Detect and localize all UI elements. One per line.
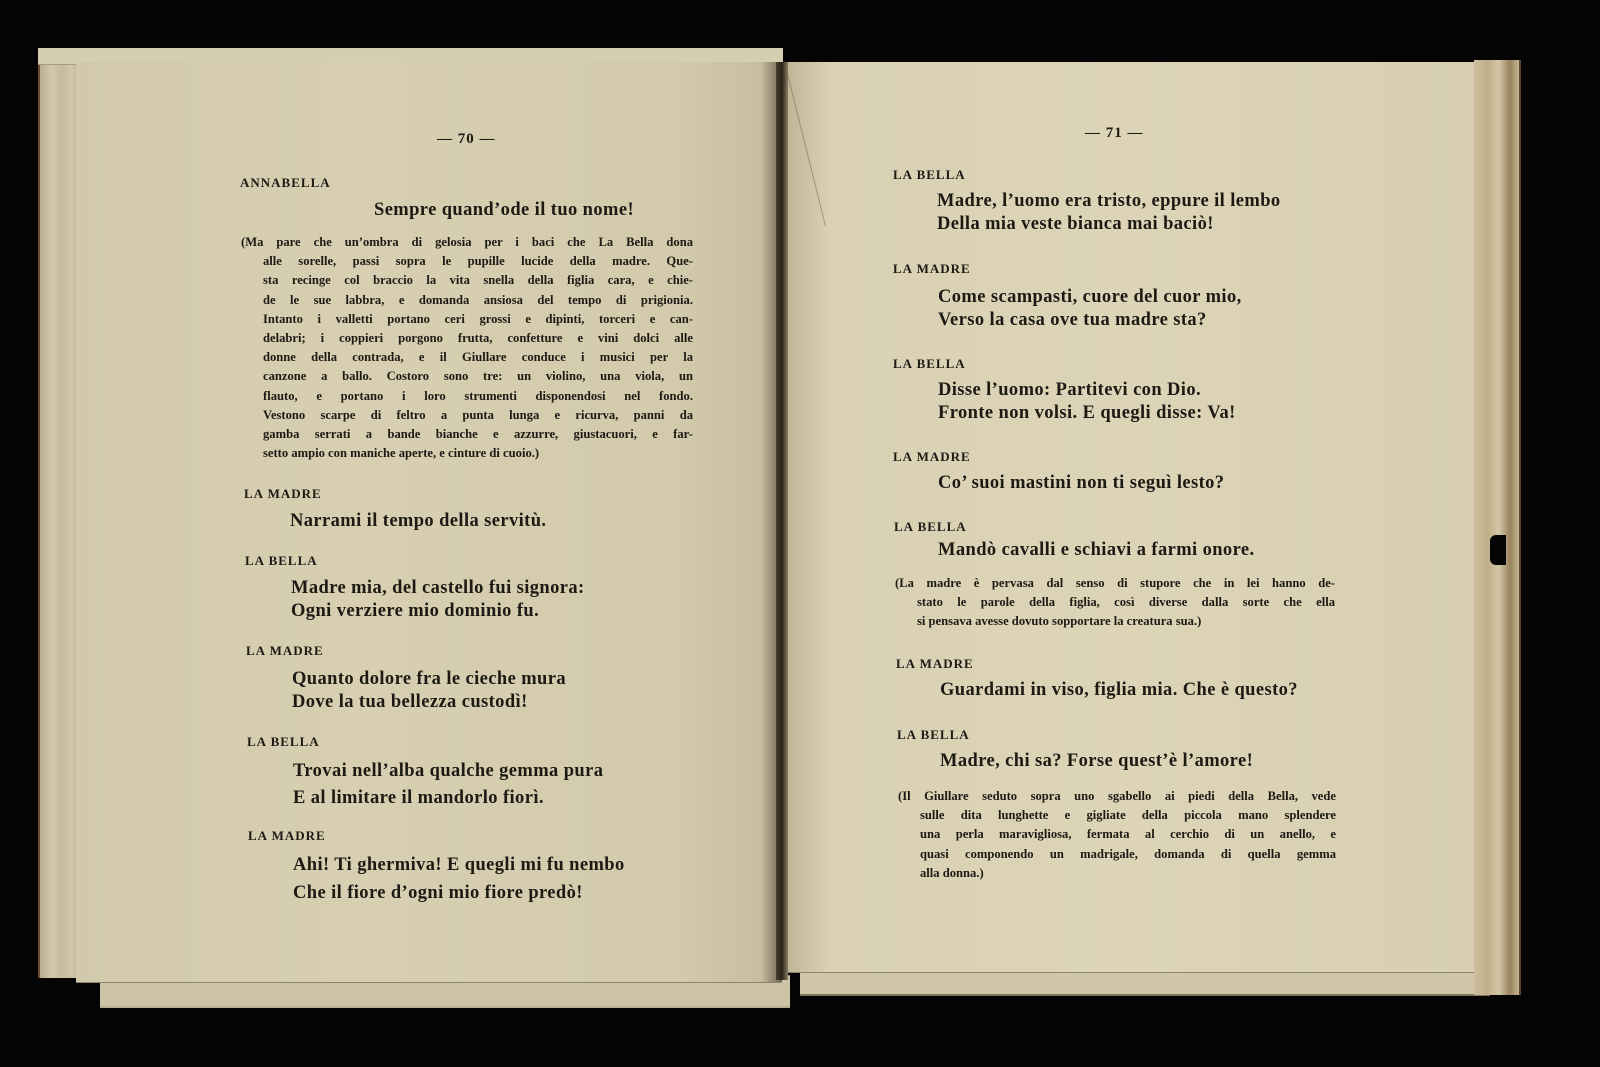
verse-line: Ogni verziere mio dominio fu. <box>291 600 585 623</box>
stage-direction: (La madre è pervasa dal senso di stupore… <box>895 574 1335 632</box>
stage-line: flauto, e portano i loro strumenti dispo… <box>241 387 693 406</box>
verse-line: Co’ suoi mastini non ti seguì lesto? <box>938 472 1224 495</box>
stage-line: (Ma pare che un’ombra di gelosia per i b… <box>241 233 693 252</box>
verse-lines: Mandò cavalli e schiavi a farmi onore. <box>938 539 1254 562</box>
verse-line: E al limitare il mandorlo fiorì. <box>293 785 603 812</box>
page-number-right: — 71 — <box>1085 125 1144 142</box>
verse-lines: Co’ suoi mastini non ti seguì lesto? <box>938 472 1224 495</box>
book-gutter <box>776 62 788 980</box>
speaker-label: LA MADRE <box>246 643 324 659</box>
stage-line: alla donna.) <box>898 864 1336 883</box>
verse-line: Quanto dolore fra le cieche mura <box>292 668 566 691</box>
right-page-stack-bottom <box>800 972 1490 996</box>
verse-lines: Narrami il tempo della servitù. <box>290 510 546 533</box>
speaker-label: LA MADRE <box>893 449 971 465</box>
stage-line: si pensava avesse dovuto sopportare la c… <box>895 612 1335 631</box>
stage-line: gamba serrati a bande bianche e azzurre,… <box>241 425 693 444</box>
speaker-label: ANNABELLA <box>240 175 331 191</box>
verse-line: Come scampasti, cuore del cuor mio, <box>938 286 1242 309</box>
verse-lines: Madre, l’uomo era tristo, eppure il lemb… <box>937 190 1281 236</box>
verse-line: Dove la tua bellezza custodì! <box>292 691 566 714</box>
verse-line: Guardami in viso, figlia mia. Che è ques… <box>940 679 1298 702</box>
speaker-label: LA BELLA <box>247 734 320 750</box>
verse-line: Disse l’uomo: Partitevi con Dio. <box>938 379 1236 402</box>
verse-line: Narrami il tempo della servitù. <box>290 510 546 533</box>
verse-line: Madre, chi sa? Forse quest’è l’amore! <box>940 750 1253 773</box>
stage-line: de le sue labbra, e domanda ansiosa del … <box>241 291 693 310</box>
verse-line: Mandò cavalli e schiavi a farmi onore. <box>938 539 1254 562</box>
verse-line: Fronte non volsi. E quegli disse: Va! <box>938 402 1236 425</box>
stage-line: Intanto i valletti portano ceri grossi e… <box>241 310 693 329</box>
stage-direction: (Il Giullare seduto sopra uno sgabello a… <box>898 787 1336 883</box>
verse-line: Sempre quand’ode il tuo nome! <box>374 199 634 222</box>
stage-line: canzone a ballo. Costoro sono tre: un vi… <box>241 367 693 386</box>
page-number-left: — 70 — <box>437 131 496 148</box>
speaker-label: LA BELLA <box>893 356 966 372</box>
speaker-label: LA MADRE <box>896 656 974 672</box>
stage-line: sta recinge col braccio la vita snella d… <box>241 271 693 290</box>
stage-direction: (Ma pare che un’ombra di gelosia per i b… <box>241 233 693 463</box>
left-page-stack-edge <box>38 48 80 978</box>
stage-line: alle sorelle, passi sopra le pupille luc… <box>241 252 693 271</box>
stage-line: stato le parole della figlia, così diver… <box>895 593 1335 612</box>
verse-lines: Disse l’uomo: Partitevi con Dio. Fronte … <box>938 379 1236 425</box>
speaker-label: LA BELLA <box>897 727 970 743</box>
verse-line: Madre mia, del castello fui signora: <box>291 577 585 600</box>
verse-lines: Quanto dolore fra le cieche mura Dove la… <box>292 668 566 714</box>
verse-lines: Come scampasti, cuore del cuor mio, Vers… <box>938 286 1242 332</box>
verse-line: Madre, l’uomo era tristo, eppure il lemb… <box>937 190 1281 213</box>
verse-lines: Madre mia, del castello fui signora: Ogn… <box>291 577 585 623</box>
verse-lines: Ahi! Ti ghermiva! E quegli mi fu nembo C… <box>293 851 625 907</box>
stage-line: quasi componendo un madrigale, domanda d… <box>898 845 1336 864</box>
stage-line: una perla maravigliosa, fermata al cerch… <box>898 825 1336 844</box>
stage-line: (La madre è pervasa dal senso di stupore… <box>895 574 1335 593</box>
verse-lines: Trovai nell’alba qualche gemma pura E al… <box>293 758 603 812</box>
verse-line: Verso la casa ove tua madre sta? <box>938 309 1242 332</box>
stage-line: sulle dita lunghette e gigliate della pi… <box>898 806 1336 825</box>
right-page-stack-edge <box>1474 60 1521 995</box>
speaker-label: LA BELLA <box>893 167 966 183</box>
verse-line: Che il fiore d’ogni mio fiore predò! <box>293 879 625 907</box>
torn-edge-notch <box>1490 535 1506 565</box>
verse-line: Trovai nell’alba qualche gemma pura <box>293 758 603 785</box>
stage-line: (Il Giullare seduto sopra uno sgabello a… <box>898 787 1336 806</box>
speaker-label: LA MADRE <box>244 486 322 502</box>
verse-lines: Guardami in viso, figlia mia. Che è ques… <box>940 679 1298 702</box>
speaker-label: LA BELLA <box>245 553 318 569</box>
stage-line: delabri; i coppieri porgono frutta, conf… <box>241 329 693 348</box>
verse-line: Ahi! Ti ghermiva! E quegli mi fu nembo <box>293 851 625 879</box>
verse-lines: Sempre quand’ode il tuo nome! <box>374 199 634 222</box>
speaker-label: LA MADRE <box>248 828 326 844</box>
speaker-label: LA BELLA <box>894 519 967 535</box>
verse-lines: Madre, chi sa? Forse quest’è l’amore! <box>940 750 1253 773</box>
stage-line: Vestono scarpe di feltro a punta lunga e… <box>241 406 693 425</box>
stage-line: donne della contrada, e il Giullare cond… <box>241 348 693 367</box>
speaker-label: LA MADRE <box>893 261 971 277</box>
open-book: — 70 — ANNABELLA Sempre quand’ode il tuo… <box>0 0 1600 1067</box>
verse-line: Della mia veste bianca mai baciò! <box>937 213 1281 236</box>
stage-line: setto ampio con maniche aperte, e cintur… <box>241 444 693 463</box>
